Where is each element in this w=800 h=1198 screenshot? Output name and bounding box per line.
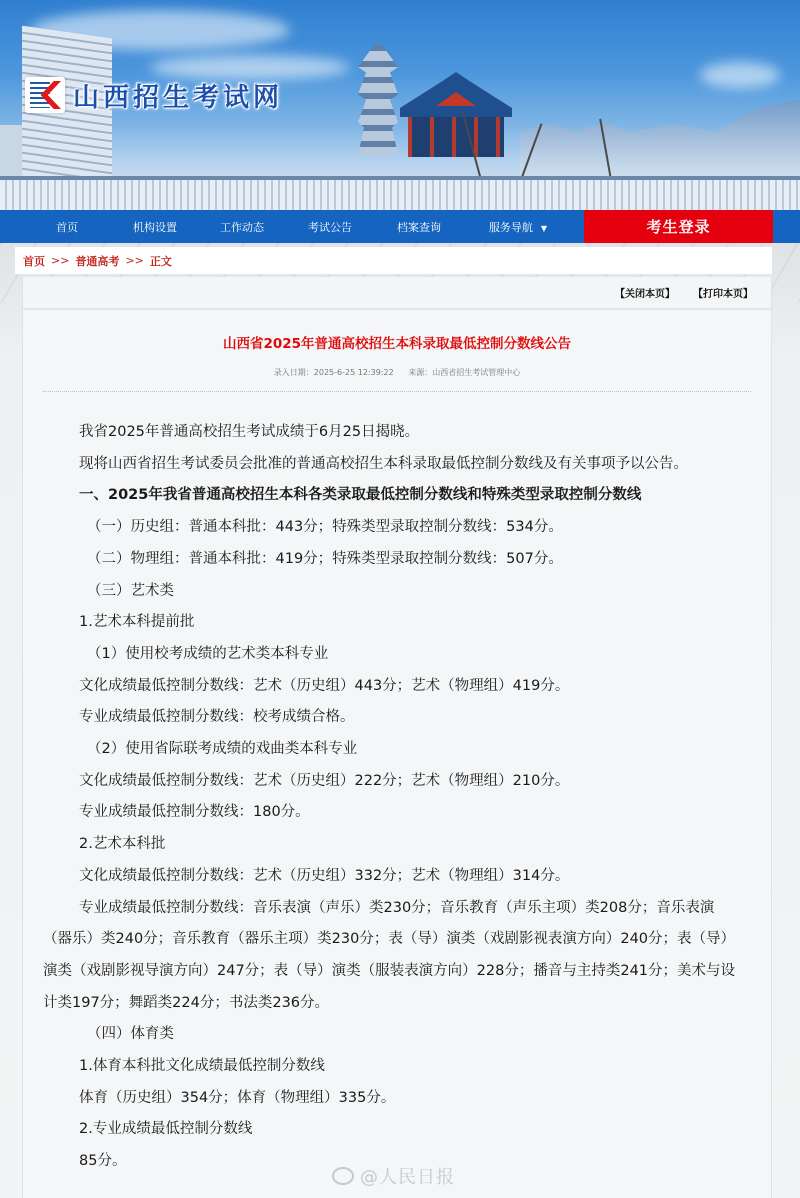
- student-login-button[interactable]: 考生登录: [584, 210, 773, 243]
- article-source: 来源：山西省招生考试管理中心: [408, 368, 520, 377]
- paragraph: 2.专业成绩最低控制分数线: [43, 1114, 741, 1146]
- paragraph: 体育（历史组）354分；体育（物理组）335分。: [43, 1083, 741, 1115]
- caret-down-icon: ▼: [541, 224, 547, 233]
- close-page-button[interactable]: 【关闭本页】: [615, 285, 675, 300]
- article-toolbar: 【关闭本页】 【打印本页】: [23, 277, 771, 310]
- site-banner: 山西招生考试网: [0, 0, 800, 210]
- nav-item-organization[interactable]: 机构设置: [125, 219, 185, 235]
- weibo-icon: [332, 1167, 354, 1185]
- site-logo[interactable]: 山西招生考试网: [25, 75, 283, 115]
- print-page-button[interactable]: 【打印本页】: [693, 285, 753, 300]
- paragraph: （1）使用校考成绩的艺术类本科专业: [43, 639, 741, 671]
- breadcrumb-category[interactable]: 普通高考: [75, 253, 119, 269]
- watermark-text: @人民日报: [360, 1163, 455, 1189]
- paragraph: 专业成绩最低控制分数线：校考成绩合格。: [43, 702, 741, 734]
- entry-date: 录入日期：2025-6-25 12:39:22: [274, 368, 394, 377]
- paragraph: （四）体育类: [43, 1019, 741, 1051]
- nav-item-home[interactable]: 首页: [48, 219, 86, 235]
- breadcrumb-current: 正文: [150, 253, 172, 269]
- city-wall-image: [520, 100, 800, 180]
- article-meta: 录入日期：2025-6-25 12:39:22 来源：山西省招生考试管理中心: [23, 367, 771, 378]
- nav-item-exam-notices[interactable]: 考试公告: [300, 219, 360, 235]
- nav-item-archive-query[interactable]: 档案查询: [389, 219, 449, 235]
- cloud-decoration: [700, 62, 780, 88]
- paragraph: 2.艺术本科批: [43, 829, 741, 861]
- nav-item-label: 服务导航: [489, 221, 533, 234]
- wall-image: [0, 176, 800, 210]
- paragraph: 1.艺术本科提前批: [43, 607, 741, 639]
- paragraph: 现将山西省招生考试委员会批准的普通高校招生本科录取最低控制分数线及有关事项予以公…: [43, 449, 741, 481]
- pagoda-image: [358, 45, 398, 155]
- paragraph: （二）物理组：普通本科批：419分；特殊类型录取控制分数线：507分。: [43, 544, 741, 576]
- paragraph: 1.体育本科批文化成绩最低控制分数线: [43, 1051, 741, 1083]
- nav-item-service-guide[interactable]: 服务导航▼: [478, 219, 558, 235]
- paragraph: 文化成绩最低控制分数线：艺术（历史组）222分；艺术（物理组）210分。: [43, 766, 741, 798]
- breadcrumb-separator: >>: [125, 254, 143, 267]
- watermark: @人民日报: [332, 1163, 455, 1189]
- breadcrumb: 首页 >> 普通高考 >> 正文: [15, 247, 772, 274]
- section-heading: 一、2025年我省普通高校招生本科各类录取最低控制分数线和特殊类型录取控制分数线: [43, 480, 741, 512]
- paragraph: 专业成绩最低控制分数线：180分。: [43, 797, 741, 829]
- paragraph: （三）艺术类: [43, 576, 741, 608]
- article-panel: 【关闭本页】 【打印本页】 山西省2025年普通高校招生本科录取最低控制分数线公…: [22, 277, 772, 1198]
- paragraph: 专业成绩最低控制分数线：音乐表演（声乐）类230分；音乐教育（声乐主项）类208…: [43, 893, 741, 1020]
- breadcrumb-separator: >>: [51, 254, 69, 267]
- pavilion-image: [400, 72, 512, 162]
- paragraph: 我省2025年普通高校招生考试成绩于6月25日揭晓。: [43, 417, 741, 449]
- logo-icon: [25, 77, 65, 113]
- nav-item-work-news[interactable]: 工作动态: [212, 219, 272, 235]
- paragraph: （2）使用省际联考成绩的戏曲类本科专业: [43, 734, 741, 766]
- paragraph: 文化成绩最低控制分数线：艺术（历史组）443分；艺术（物理组）419分。: [43, 671, 741, 703]
- paragraph: 文化成绩最低控制分数线：艺术（历史组）332分；艺术（物理组）314分。: [43, 861, 741, 893]
- breadcrumb-home[interactable]: 首页: [23, 253, 45, 269]
- article-body: 我省2025年普通高校招生考试成绩于6月25日揭晓。 现将山西省招生考试委员会批…: [23, 392, 771, 1178]
- paragraph: （一）历史组：普通本科批：443分；特殊类型录取控制分数线：534分。: [43, 512, 741, 544]
- site-name: 山西招生考试网: [73, 77, 283, 114]
- article-title: 山西省2025年普通高校招生本科录取最低控制分数线公告: [23, 332, 771, 352]
